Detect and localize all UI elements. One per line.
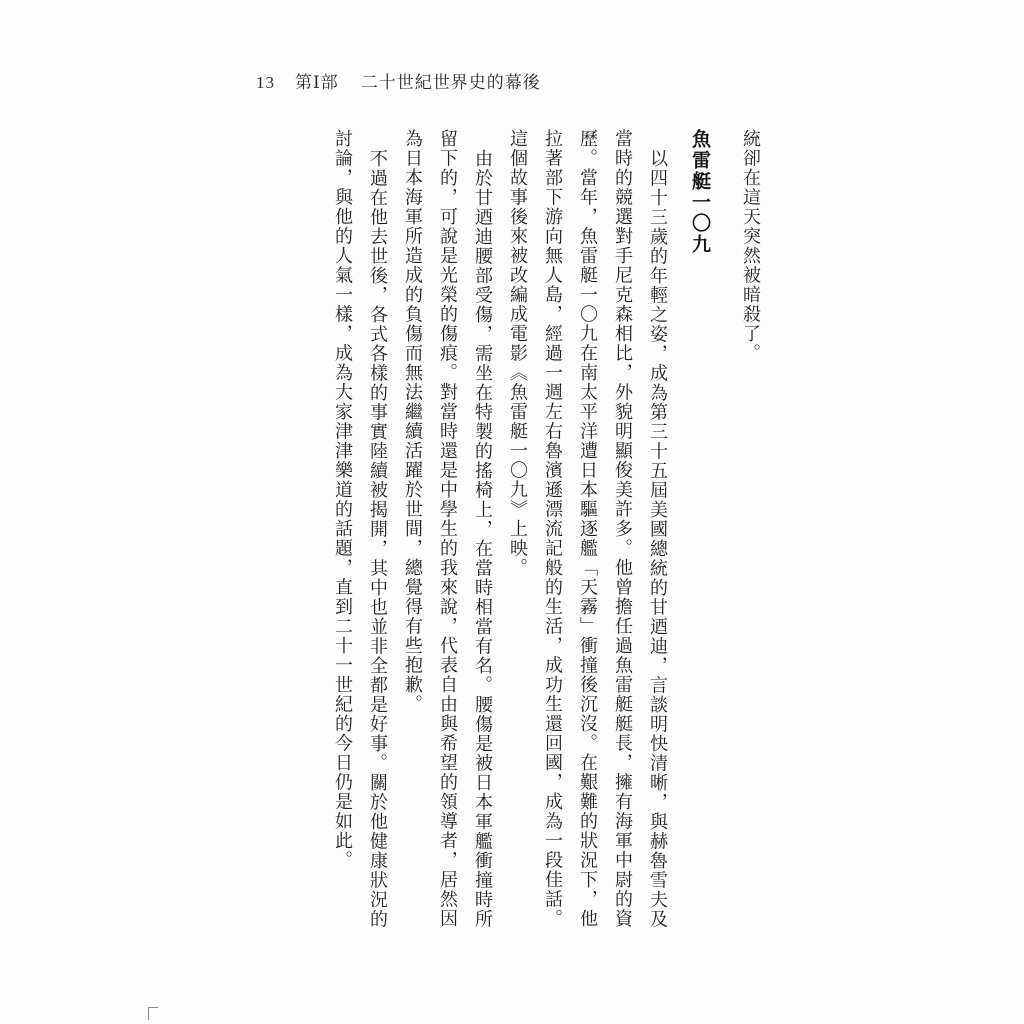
vertical-text-block: 統卻在這天突然被暗殺了。 魚雷艇一〇九 以四十三歲的年輕之姿，成為第三十五屆美國… [325, 129, 768, 932]
book-page: 13第Ⅰ部二十世紀世界史的幕後 統卻在這天突然被暗殺了。 魚雷艇一〇九 以四十三… [0, 0, 1024, 1024]
paragraph-3: 不過在他去世後，各式各樣的事實陸續被揭開，其中也並非全都是好事。關於他健康狀況的… [325, 129, 395, 932]
paragraph-1: 以四十三歲的年輕之姿，成為第三十五屆美國總統的甘迺迪，言談明快清晰，與赫魯雪夫及… [500, 129, 675, 932]
part-label: 第Ⅰ部 [295, 73, 339, 92]
continuation-paragraph: 統卻在這天突然被暗殺了。 [733, 129, 768, 932]
section-heading: 魚雷艇一〇九 [682, 129, 717, 932]
print-corner-mark [148, 1007, 158, 1020]
running-head: 13第Ⅰ部二十世紀世界史的幕後 [256, 68, 541, 93]
page-number: 13 [256, 73, 275, 92]
paragraph-2: 由於甘迺迪腰部受傷，需坐在特製的搖椅上，在當時相當有名。腰傷是被日本軍艦衝撞時所… [395, 129, 500, 932]
chapter-title: 二十世紀世界史的幕後 [361, 73, 541, 92]
